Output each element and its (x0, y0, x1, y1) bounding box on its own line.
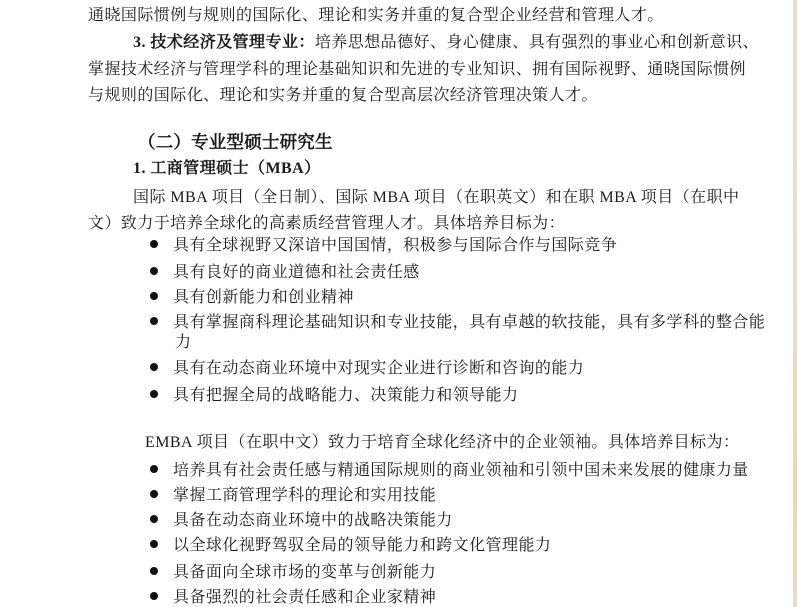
bullet-icon (150, 515, 158, 523)
bullet-icon (150, 567, 158, 575)
bullet-icon (150, 363, 158, 371)
bullet-text: 具备在动态商业环境中的战略决策能力 (173, 512, 453, 529)
bullet-icon (150, 540, 158, 548)
bullet-icon (150, 592, 158, 600)
bullet-text: 具有全球视野又深谙中国国情，积极参与国际合作与国际竞争 (173, 237, 617, 254)
bullet-item: 具有良好的商业道德和社会责任感 (150, 262, 420, 284)
bullet-icon (150, 465, 158, 473)
paragraph-line: 文）致力于培养全球化的高素质经营管理人才。具体培养目标为： (88, 213, 565, 235)
bullet-item: 具有创新能力和创业精神 (150, 287, 354, 309)
bullet-icon (150, 240, 158, 248)
bullet-item: 具有全球视野又深谙中国国情，积极参与国际合作与国际竞争 (150, 235, 617, 257)
paragraph-line: 通晓国际惯例与规则的国际化、理论和实务并重的复合型企业经营和管理人才。 (88, 5, 664, 27)
bullet-item: 培养具有社会责任感与精通国际规则的商业领袖和引领中国未来发展的健康力量 (150, 460, 749, 482)
bullet-text: 培养具有社会责任感与精通国际规则的商业领袖和引领中国未来发展的健康力量 (173, 462, 749, 479)
bullet-text: 具备强烈的社会责任感和企业家精神 (173, 589, 436, 606)
bullet-text: 具有把握全局的战略能力、决策能力和领导能力 (173, 387, 518, 404)
paragraph-line: 与规则的国际化、理论和实务并重的复合型高层次经济管理决策人才。 (88, 85, 598, 107)
subsection-heading: 1. 工商管理硕士（MBA） (133, 158, 321, 180)
paragraph-line: EMBA 项目（在职中文）致力于培育全球化经济中的企业领袖。具体培养目标为： (145, 432, 739, 454)
paragraph-text: 培养思想品德好、身心健康、具有强烈的事业心和创新意识、 (315, 34, 759, 51)
bullet-icon (150, 292, 158, 300)
bullet-text: 以全球化视野驾驭全局的领导能力和跨文化管理能力 (173, 537, 551, 554)
bullet-text: 具有掌握商科理论基础知识和专业技能，具有卓越的软技能，具有多学科的整合能 (173, 314, 765, 331)
bullet-text: 具有良好的商业道德和社会责任感 (173, 264, 420, 281)
bullet-text: 具有创新能力和创业精神 (173, 289, 354, 306)
paragraph-line: 掌握技术经济与管理学科的理论基础知识和先进的专业知识、拥有国际视野、通晓国际惯例 (88, 59, 746, 81)
bullet-item: 掌握工商管理学科的理论和实用技能 (150, 485, 436, 507)
bullet-continuation: 力 (175, 332, 191, 354)
bullet-item: 具备强烈的社会责任感和企业家精神 (150, 587, 436, 607)
bullet-item: 以全球化视野驾驭全局的领导能力和跨文化管理能力 (150, 535, 551, 557)
bullet-item: 具有掌握商科理论基础知识和专业技能，具有卓越的软技能，具有多学科的整合能 (150, 312, 765, 334)
run-in-heading: 3. 技术经济及管理专业： (133, 34, 315, 51)
section-heading: （二）专业型硕士研究生 (138, 130, 333, 154)
bullet-item: 具备在动态商业环境中的战略决策能力 (150, 510, 453, 532)
bullet-item: 具有把握全局的战略能力、决策能力和领导能力 (150, 385, 518, 407)
bullet-text: 具有在动态商业环境中对现实企业进行诊断和咨询的能力 (173, 360, 584, 377)
bullet-icon (150, 317, 158, 325)
bullet-text: 掌握工商管理学科的理论和实用技能 (173, 487, 436, 504)
document-page: 通晓国际惯例与规则的国际化、理论和实务并重的复合型企业经营和管理人才。 3. 技… (0, 0, 797, 607)
bullet-icon (150, 490, 158, 498)
bullet-text: 具备面向全球市场的变革与创新能力 (173, 564, 436, 581)
paragraph-line: 国际 MBA 项目（全日制）、国际 MBA 项目（在职英文）和在职 MBA 项目… (133, 187, 740, 209)
paragraph-line: 3. 技术经济及管理专业：培养思想品德好、身心健康、具有强烈的事业心和创新意识、 (133, 32, 759, 54)
bullet-item: 具备面向全球市场的变革与创新能力 (150, 562, 436, 584)
page-edge-stripe (793, 0, 797, 607)
bullet-icon (150, 267, 158, 275)
bullet-item: 具有在动态商业环境中对现实企业进行诊断和咨询的能力 (150, 358, 584, 380)
bullet-icon (150, 390, 158, 398)
